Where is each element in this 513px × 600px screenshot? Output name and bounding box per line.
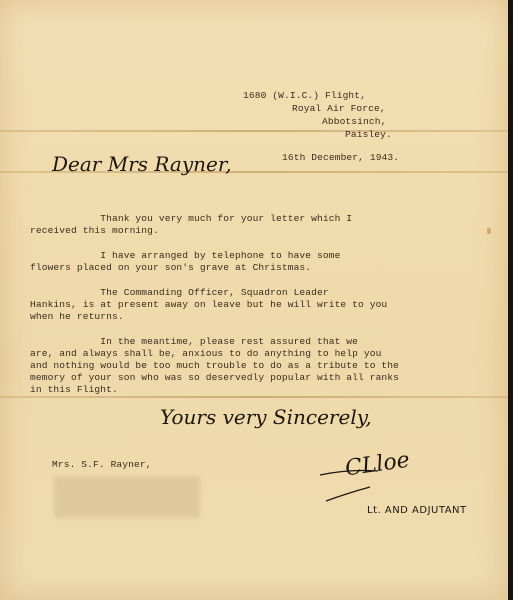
body-line: Thank you very much for your letter whic… (30, 213, 352, 225)
body-line: in this Flight. (30, 384, 118, 396)
salutation: Dear Mrs Rayner, (52, 152, 232, 176)
signature-title: Lt. AND ADJUTANT (367, 505, 467, 516)
fold-line (0, 396, 508, 398)
body-line: are, and always shall be, anxious to do … (30, 348, 381, 360)
body-line: I have arranged by telephone to have som… (30, 250, 340, 262)
address-line: Paisley. (345, 129, 392, 141)
closing: Yours very Sincerely, (160, 405, 372, 429)
fold-line (0, 130, 508, 132)
signature-underline (318, 465, 388, 505)
address-line: Royal Air Force, (292, 103, 386, 115)
body-line: In the meantime, please rest assured tha… (30, 336, 358, 348)
body-line: flowers placed on your son's grave at Ch… (30, 262, 311, 274)
recipient-name: Mrs. S.F. Rayner, (52, 459, 152, 471)
body-line: when he returns. (30, 311, 124, 323)
address-line: Abbotsinch, (322, 116, 386, 128)
letter-date: 16th December, 1943. (282, 152, 399, 164)
body-line: Hankins, is at present away on leave but… (30, 299, 387, 311)
body-line: The Commanding Officer, Squadron Leader (30, 287, 329, 299)
letter-paper: 1680 (W.I.C.) Flight, Royal Air Force, A… (0, 0, 508, 600)
redacted-address (54, 476, 200, 518)
address-line: 1680 (W.I.C.) Flight, (243, 90, 366, 102)
body-line: memory of your son who was so deservedly… (30, 372, 399, 384)
paper-stain (487, 228, 491, 234)
body-line: and nothing would be too much trouble to… (30, 360, 399, 372)
body-line: received this morning. (30, 225, 159, 237)
